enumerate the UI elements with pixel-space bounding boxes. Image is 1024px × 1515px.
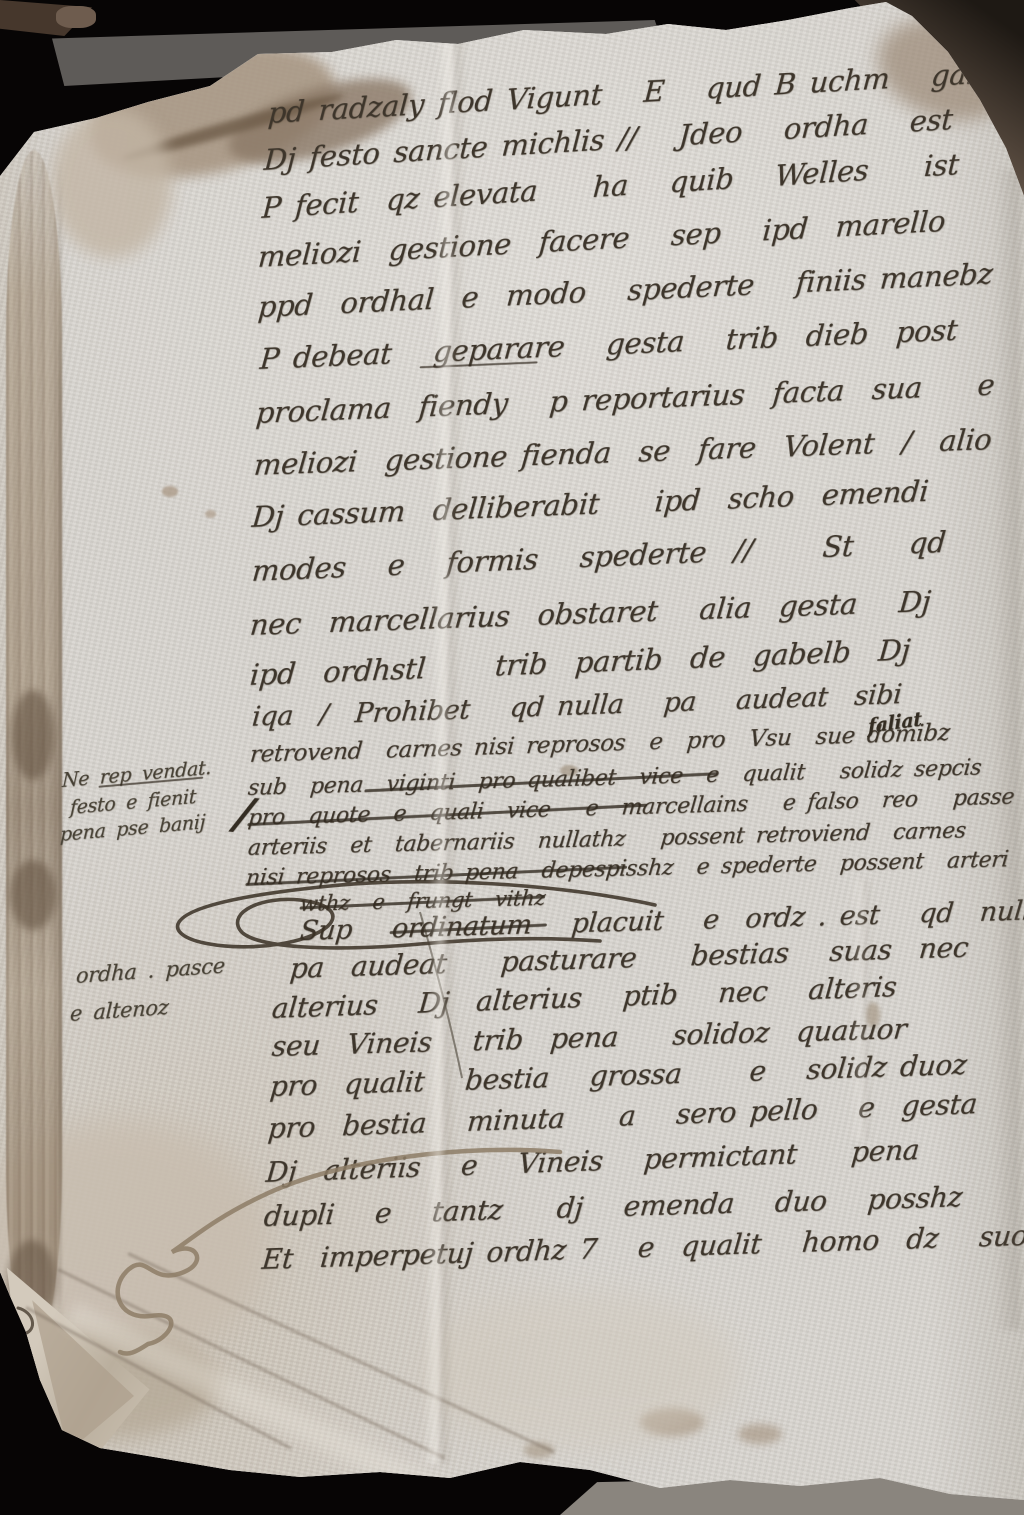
margin-note-line: ordha . pasce — [75, 954, 225, 989]
right-edge-shading — [994, 170, 1020, 1330]
manuscript-line: proclama fiendy p reportarius facta sua … — [255, 368, 996, 431]
manuscript-photo: pd radzaly flod Vigunt E qud B uchm gabe… — [0, 0, 1024, 1515]
text-layer: pd radzaly flod Vigunt E qud B uchm gabe… — [0, 0, 1024, 1515]
paper-page: pd radzaly flod Vigunt E qud B uchm gabe… — [0, 0, 1024, 1515]
photo-root: { "document_type": "early-modern manuscr… — [0, 0, 1024, 1515]
manuscript-line: nec marcellarius obstaret alia gesta Dj — [249, 584, 933, 642]
strike-mark — [299, 896, 545, 910]
manuscript-line: modes e formis spederte // St qd — [251, 525, 947, 588]
manuscript-line: Dj cassum delliberabit ipd scho emendi — [251, 474, 930, 534]
strike-mark — [389, 924, 546, 935]
manuscript-line: meliozi gestione fienda se fare Volent /… — [253, 422, 994, 482]
manuscript-line: P debeat geparare gesta trib dieb post — [259, 313, 959, 376]
margin-note-line: e altenoz — [69, 995, 169, 1026]
strike-mark — [365, 772, 718, 792]
debris-top-left-small — [56, 6, 96, 28]
vertical-fold — [850, 880, 872, 1140]
